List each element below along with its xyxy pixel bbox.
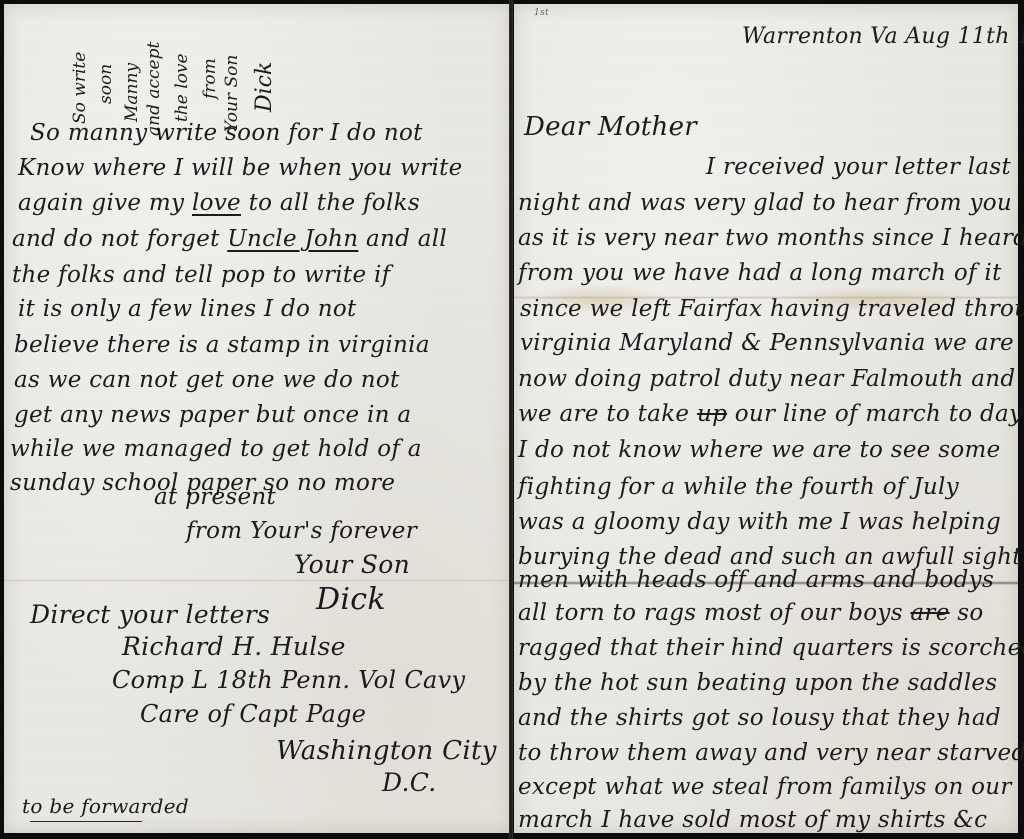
letter-line: to throw them away and very near starved <box>518 740 1024 766</box>
margin-note-line: soon <box>96 64 116 104</box>
address-city: Washington City <box>276 736 497 766</box>
dateline: Warrenton Va Aug 11th 1863 <box>742 24 1024 49</box>
closing-line: from Your's forever <box>186 518 417 544</box>
letter-line: fighting for a while the fourth of July <box>518 474 959 500</box>
letter-line: night and was very glad to hear from you <box>518 190 1012 216</box>
corner-mark: 1st <box>534 8 549 18</box>
letter-line: I do not know where we are to see some <box>518 437 1001 463</box>
letter-line: now doing patrol duty near Falmouth and <box>518 366 1015 392</box>
margin-note-line: Manny <box>122 63 142 122</box>
letter-line-with-strike: all torn to rags most of our boys are so <box>518 600 984 626</box>
letter-line: as we can not get one we do not <box>14 367 400 393</box>
margin-note-line: from <box>200 58 220 99</box>
address-district: D.C. <box>382 768 436 797</box>
letter-line: and the shirts got so lousy that they ha… <box>518 705 1001 731</box>
letter-line: get any news paper but once in a <box>14 402 411 428</box>
letter-line-with-strike: we are to take up our line of march to d… <box>518 401 1022 427</box>
letter-line: since we left Fairfax having traveled th… <box>520 296 1024 322</box>
letter-line-with-underline: again give my love to all the folks <box>18 190 420 216</box>
letter-line: march I have sold most of my shirts &c <box>518 807 987 833</box>
struck-word: are <box>910 600 949 626</box>
address-unit: Comp L 18th Penn. Vol Cavy <box>112 666 465 694</box>
forwarding-note-underline <box>30 821 142 822</box>
letter-line-with-underline: and do not forget Uncle John and all <box>12 226 447 252</box>
margin-note-line: So write <box>70 52 90 124</box>
underlined-word: Uncle John <box>227 226 358 252</box>
margin-note-signature: Dick <box>252 62 277 112</box>
letter-line: believe there is a stamp in virginia <box>14 332 430 358</box>
page-seam <box>509 0 513 839</box>
address-care-of: Care of Capt Page <box>140 700 366 728</box>
struck-word: up <box>697 401 727 427</box>
letter-line: men with heads off and arms and bodys <box>518 567 994 593</box>
letter-line: I received your letter last <box>706 154 1011 180</box>
letter-line: Know where I will be when you write <box>18 155 463 181</box>
letter-line: while we managed to get hold of a <box>10 436 422 462</box>
letter-line: at present <box>154 484 276 510</box>
letter-line: as it is very near two months since I he… <box>518 225 1024 251</box>
letter-line: except what we steal from familys on our <box>518 774 1012 800</box>
salutation: Dear Mother <box>524 112 697 142</box>
letter-line: from you we have had a long march of it <box>518 260 1002 286</box>
signature: Dick <box>316 582 386 617</box>
letter-line: So manny write soon for I do not <box>30 120 423 146</box>
letter-page-right: 1st Warrenton Va Aug 11th 1863 Dear Moth… <box>514 4 1018 833</box>
address-name: Richard H. Hulse <box>122 632 346 661</box>
letter-line: was a gloomy day with me I was helping <box>518 509 1001 535</box>
letter-line: ragged that their hind quarters is scorc… <box>518 635 1024 661</box>
letter-line: by the hot sun beating upon the saddles <box>518 670 997 696</box>
letter-page-left: So write soon Manny and accept the love … <box>4 4 510 833</box>
letter-line: virginia Maryland & Pennsylvania we are <box>520 330 1014 356</box>
underlined-word: love <box>192 190 241 216</box>
closing-line: Your Son <box>294 550 410 579</box>
letter-line: the folks and tell pop to write if <box>12 262 390 288</box>
letter-line: it is only a few lines I do not <box>18 296 357 322</box>
margin-note-line: the love <box>172 53 192 122</box>
forwarding-note: to be forwarded <box>22 794 189 818</box>
page-fold-line <box>4 579 510 582</box>
address-intro: Direct your letters <box>30 600 270 629</box>
